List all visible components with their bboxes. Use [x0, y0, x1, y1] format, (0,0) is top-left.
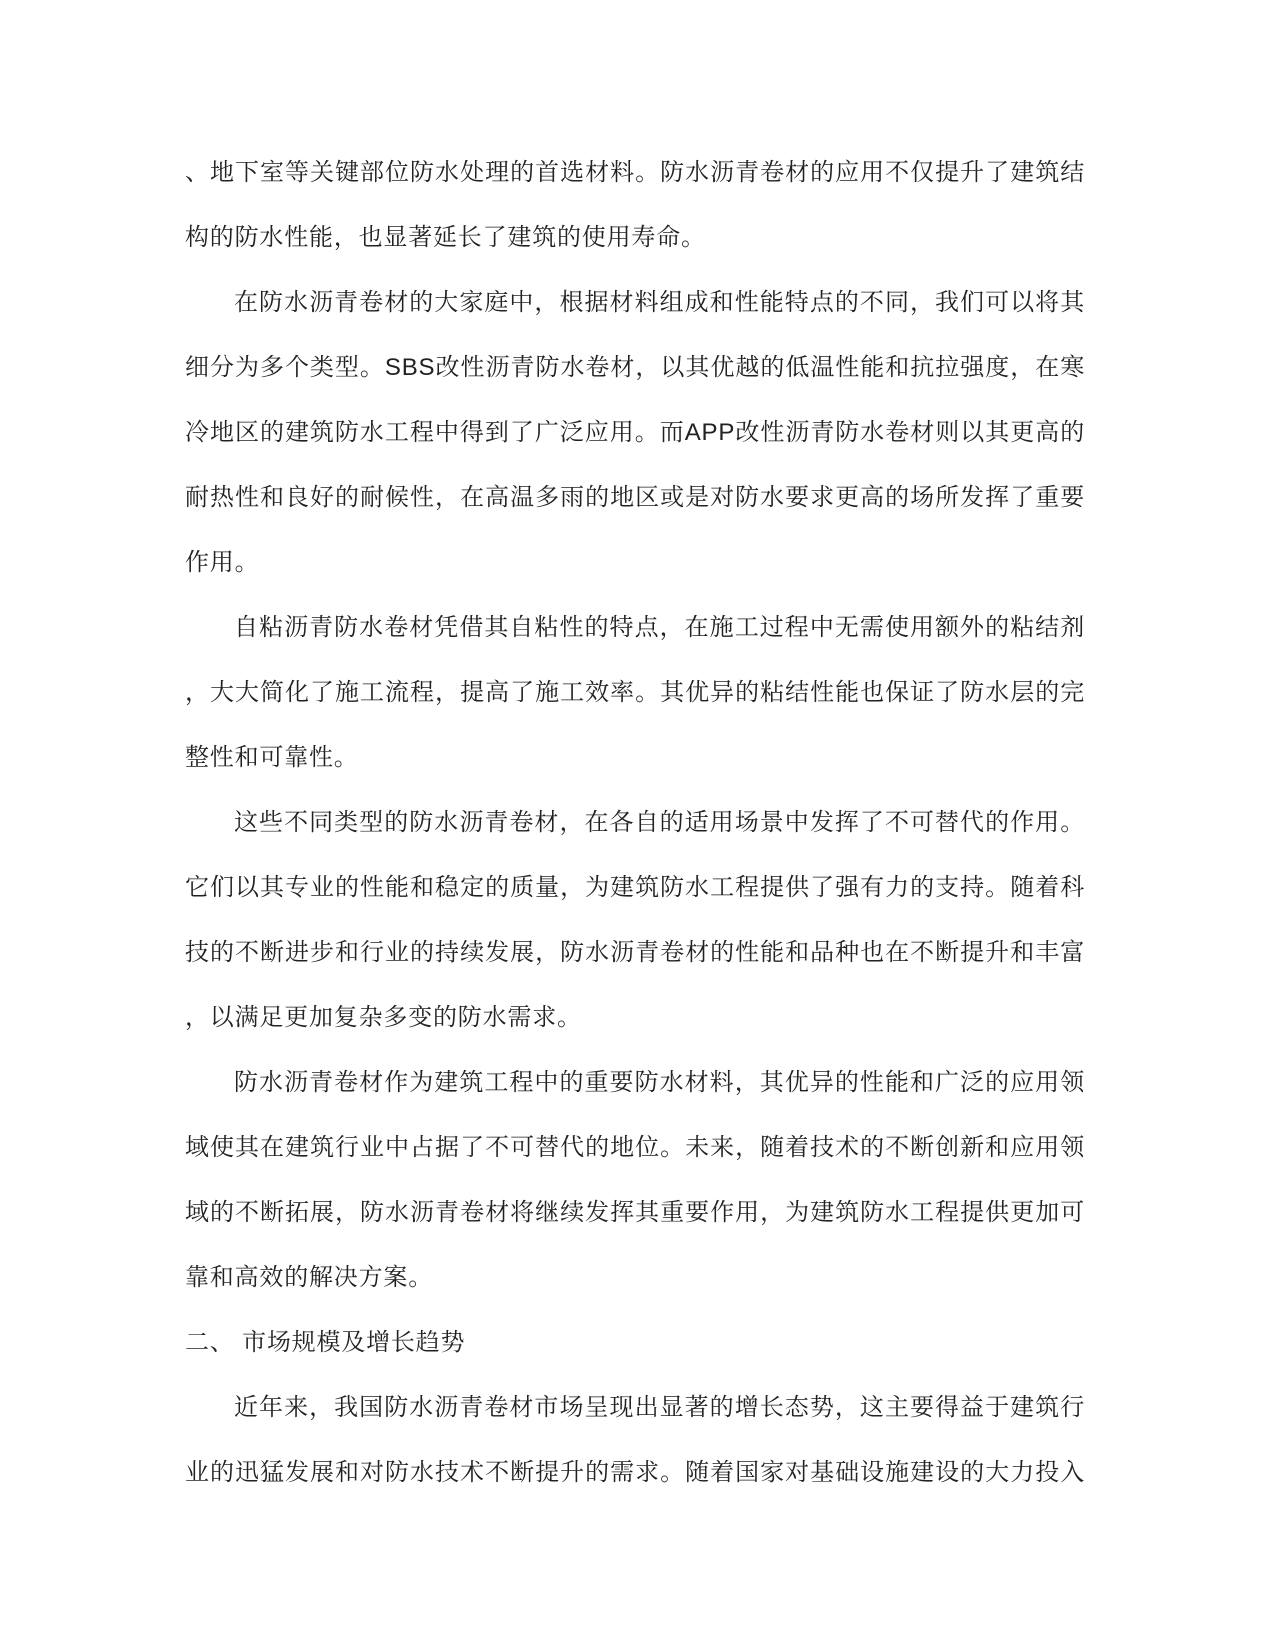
paragraph-market-growth: 近年来，我国防水沥青卷材市场呈现出显著的增长态势，这主要得益于建筑行 业的迅猛发… — [185, 1375, 1085, 1505]
paragraph-self-adhesive: 自粘沥青防水卷材凭借其自粘性的特点，在施工过程中无需使用额外的粘结剂 ，大大简化… — [185, 595, 1085, 790]
text-line: 它们以其专业的性能和稳定的质量，为建筑防水工程提供了强有力的支持。随着科 — [185, 855, 1085, 920]
text-line: 冷地区的建筑防水工程中得到了广泛应用。而APP改性沥青防水卷材则以其更高的 — [185, 400, 1085, 465]
text-line: ，大大简化了施工流程，提高了施工效率。其优异的粘结性能也保证了防水层的完 — [185, 660, 1085, 725]
text-line: 、地下室等关键部位防水处理的首选材料。防水沥青卷材的应用不仅提升了建筑结 — [185, 140, 1085, 205]
text-line: 耐热性和良好的耐候性，在高温多雨的地区或是对防水要求更高的场所发挥了重要 — [185, 465, 1085, 530]
paragraph-continuation: 、地下室等关键部位防水处理的首选材料。防水沥青卷材的应用不仅提升了建筑结 构的防… — [185, 140, 1085, 270]
document-page: 、地下室等关键部位防水处理的首选材料。防水沥青卷材的应用不仅提升了建筑结 构的防… — [0, 0, 1275, 1650]
text-line: 域使其在建筑行业中占据了不可替代的地位。未来，随着技术的不断创新和应用领 — [185, 1115, 1085, 1180]
paragraph-application-scenarios: 这些不同类型的防水沥青卷材，在各自的适用场景中发挥了不可替代的作用。 它们以其专… — [185, 790, 1085, 1050]
text-line: 防水沥青卷材作为建筑工程中的重要防水材料，其优异的性能和广泛的应用领 — [185, 1050, 1085, 1115]
text-line: ，以满足更加复杂多变的防水需求。 — [185, 985, 1085, 1050]
text-line: 近年来，我国防水沥青卷材市场呈现出显著的增长态势，这主要得益于建筑行 — [185, 1375, 1085, 1440]
document-body: 、地下室等关键部位防水处理的首选材料。防水沥青卷材的应用不仅提升了建筑结 构的防… — [185, 140, 1085, 1505]
paragraph-material-types: 在防水沥青卷材的大家庭中，根据材料组成和性能特点的不同，我们可以将其 细分为多个… — [185, 270, 1085, 595]
text-line: 靠和高效的解决方案。 — [185, 1245, 1085, 1310]
section-heading: 二、 市场规模及增长趋势 — [185, 1310, 1085, 1375]
text-line: 作用。 — [185, 530, 1085, 595]
text-line: 构的防水性能，也显著延长了建筑的使用寿命。 — [185, 205, 1085, 270]
text-line: 整性和可靠性。 — [185, 725, 1085, 790]
text-line: 在防水沥青卷材的大家庭中，根据材料组成和性能特点的不同，我们可以将其 — [185, 270, 1085, 335]
text-line: 自粘沥青防水卷材凭借其自粘性的特点，在施工过程中无需使用额外的粘结剂 — [185, 595, 1085, 660]
text-line: 域的不断拓展，防水沥青卷材将继续发挥其重要作用，为建筑防水工程提供更加可 — [185, 1180, 1085, 1245]
text-line: 这些不同类型的防水沥青卷材，在各自的适用场景中发挥了不可替代的作用。 — [185, 790, 1085, 855]
paragraph-summary: 防水沥青卷材作为建筑工程中的重要防水材料，其优异的性能和广泛的应用领 域使其在建… — [185, 1050, 1085, 1310]
text-line: 业的迅猛发展和对防水技术不断提升的需求。随着国家对基础设施建设的大力投入 — [185, 1440, 1085, 1505]
text-line: 细分为多个类型。SBS改性沥青防水卷材，以其优越的低温性能和抗拉强度，在寒 — [185, 335, 1085, 400]
text-line: 技的不断进步和行业的持续发展，防水沥青卷材的性能和品种也在不断提升和丰富 — [185, 920, 1085, 985]
